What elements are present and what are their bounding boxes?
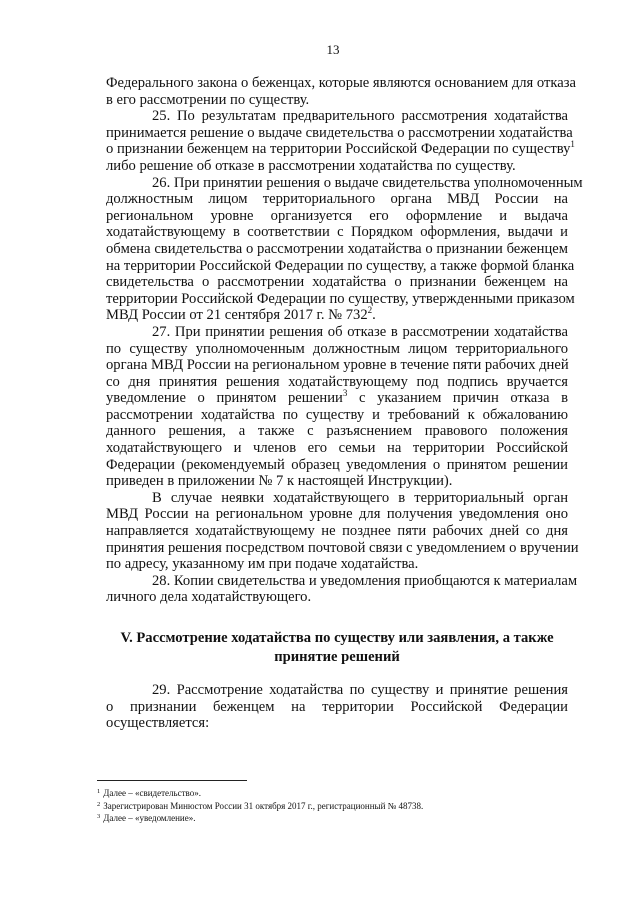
paragraph-26-line: МВД России от 21 сентября 2017 г. № 7322… [106,307,568,324]
page-number: 13 [0,42,640,58]
paragraph-27b-line: по адресу, указанному им при подаче хода… [106,556,568,573]
paragraph-25-line: 25. По результатам предварительного расс… [106,108,568,125]
paragraph-27-line: по существу уполномоченным должностным л… [106,341,568,358]
text: с указанием причин отказа в [359,390,568,406]
paragraph-27b-line: В случае неявки ходатайствующего в терри… [106,490,568,507]
paragraph-27b-line: принятия решения посредством почтовой св… [106,540,568,557]
footnote-ref: 3 [343,388,348,398]
paragraph-28-line: 28. Копии свидетельства и уведомления пр… [106,573,568,590]
paragraph-27-line: данного решения, а также с разъяснением … [106,423,568,440]
paragraph-27b-line: направляется ходатайствующему не позднее… [106,523,568,540]
footnotes: 1Далее – «свидетельство». 2Зарегистриров… [97,787,423,825]
footnote-2: 2Зарегистрирован Минюстом России 31 октя… [97,800,423,813]
footnote-text: Далее – «свидетельство». [103,788,201,798]
paragraph-26-line: территории Российской Федерации по сущес… [106,291,568,308]
paragraph-29-line: 29. Рассмотрение ходатайства по существу… [106,682,568,699]
footnote-number: 1 [97,788,100,795]
paragraph-25-line: либо решение об отказе в рассмотрении хо… [106,158,568,175]
footnote-3: 3Далее – «уведомление». [97,812,423,825]
paragraph-25-line: принимается решение о выдаче свидетельст… [106,125,568,142]
paragraph-27-line: Федерации (рекомендуемый образец уведомл… [106,457,568,474]
paragraph-27-line: ходатайствующего и членов его семьи на т… [106,440,568,457]
text: МВД России от 21 сентября 2017 г. № 732 [106,307,368,323]
paragraph-26-line: региональном уровне организуется его офо… [106,208,568,225]
text: о признании беженцем на территории Росси… [106,141,570,157]
document-body: Федерального закона о беженцах, которые … [106,75,568,606]
paragraph-29-line: о признании беженцем на территории Росси… [106,699,568,716]
paragraph-27-line: уведомление о принятом решении3 с указан… [106,390,568,407]
footnote-number: 3 [97,813,100,820]
footnote-number: 2 [97,801,100,808]
paragraph-26-line: 26. При принятии решения о выдаче свидет… [106,175,568,192]
paragraph-27-line: приведен в приложении № 7 к настоящей Ин… [106,473,568,490]
footnote-ref: 1 [570,139,575,149]
paragraph-26-line: на территории Российской Федерации по су… [106,258,568,275]
paragraph-26-line: обмена свидетельства о рассмотрении хода… [106,241,568,258]
section-heading: V. Рассмотрение ходатайства по существу … [106,629,568,667]
paragraph-26-line: должностным лицом территориального орган… [106,191,568,208]
paragraph-27b-line: МВД России на региональном уровне для по… [106,506,568,523]
paragraph-26-line: свидетельства о рассмотрении ходатайства… [106,274,568,291]
paragraph-27-line: органа МВД России на региональном уровне… [106,357,568,374]
footnote-divider [97,780,247,781]
section-heading-line: V. Рассмотрение ходатайства по существу … [106,629,568,648]
paragraph-26-line: ходатайствующему в соответствии с Порядк… [106,224,568,241]
text-line: в его рассмотрении по существу. [106,92,568,109]
footnote-text: Зарегистрирован Минюстом России 31 октяб… [103,801,423,811]
paragraph-29-line: осуществляется: [106,715,568,732]
section-heading-line: принятие решений [106,648,568,667]
paragraph-29: 29. Рассмотрение ходатайства по существу… [106,682,568,732]
paragraph-25-line: о признании беженцем на территории Росси… [106,141,568,158]
text: уведомление о принятом решении [106,390,343,406]
paragraph-27-line: 27. При принятии решения об отказе в рас… [106,324,568,341]
text-line: Федерального закона о беженцах, которые … [106,75,568,92]
footnote-text: Далее – «уведомление». [103,813,195,823]
paragraph-27-line: со дня принятия решения ходатайствующему… [106,374,568,391]
footnote-1: 1Далее – «свидетельство». [97,787,423,800]
paragraph-28-line: личного дела ходатайствующего. [106,589,568,606]
paragraph-27-line: рассмотрении ходатайства по существу и т… [106,407,568,424]
